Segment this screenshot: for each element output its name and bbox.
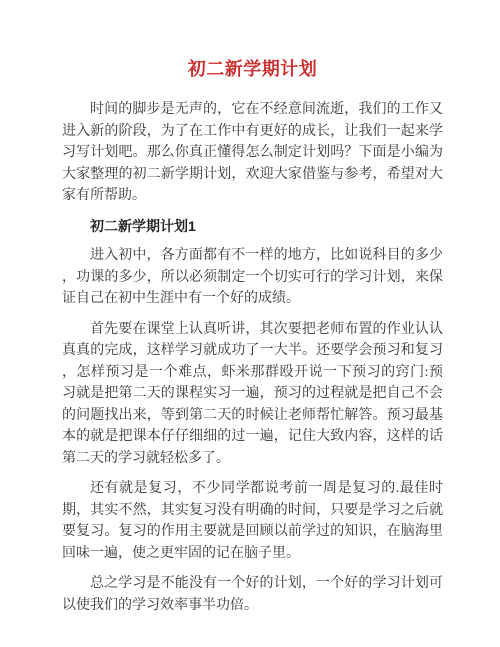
paragraph: 进入初中，各方面都有不一样的地方，比如说科目的多少，功课的多少，所以必须制定一个… <box>62 245 443 310</box>
document-title: 初二新学期计划 <box>62 56 443 82</box>
document-body: 时间的脚步是无声的，它在不经意间流逝，我们的工作又进入新的阶段，为了在工作中有更… <box>62 99 443 616</box>
document-page: 初二新学期计划 时间的脚步是无声的，它在不经意间流逝，我们的工作又进入新的阶段，… <box>0 0 500 647</box>
paragraph: 还有就是复习，不少同学都说考前一周是复习的.最佳时期，其实不然，其实复习没有明确… <box>62 478 443 564</box>
paragraph: 时间的脚步是无声的，它在不经意间流逝，我们的工作又进入新的阶段，为了在工作中有更… <box>62 99 443 207</box>
paragraph: 首先要在课堂上认真听讲，其次要把老师布置的作业认认真真的完成，这样学习就成功了一… <box>62 319 443 470</box>
section-heading: 初二新学期计划1 <box>62 216 443 238</box>
paragraph: 总之学习是不能没有一个好的计划，一个好的学习计划可以使我们的学习效率事半功倍。 <box>62 573 443 616</box>
